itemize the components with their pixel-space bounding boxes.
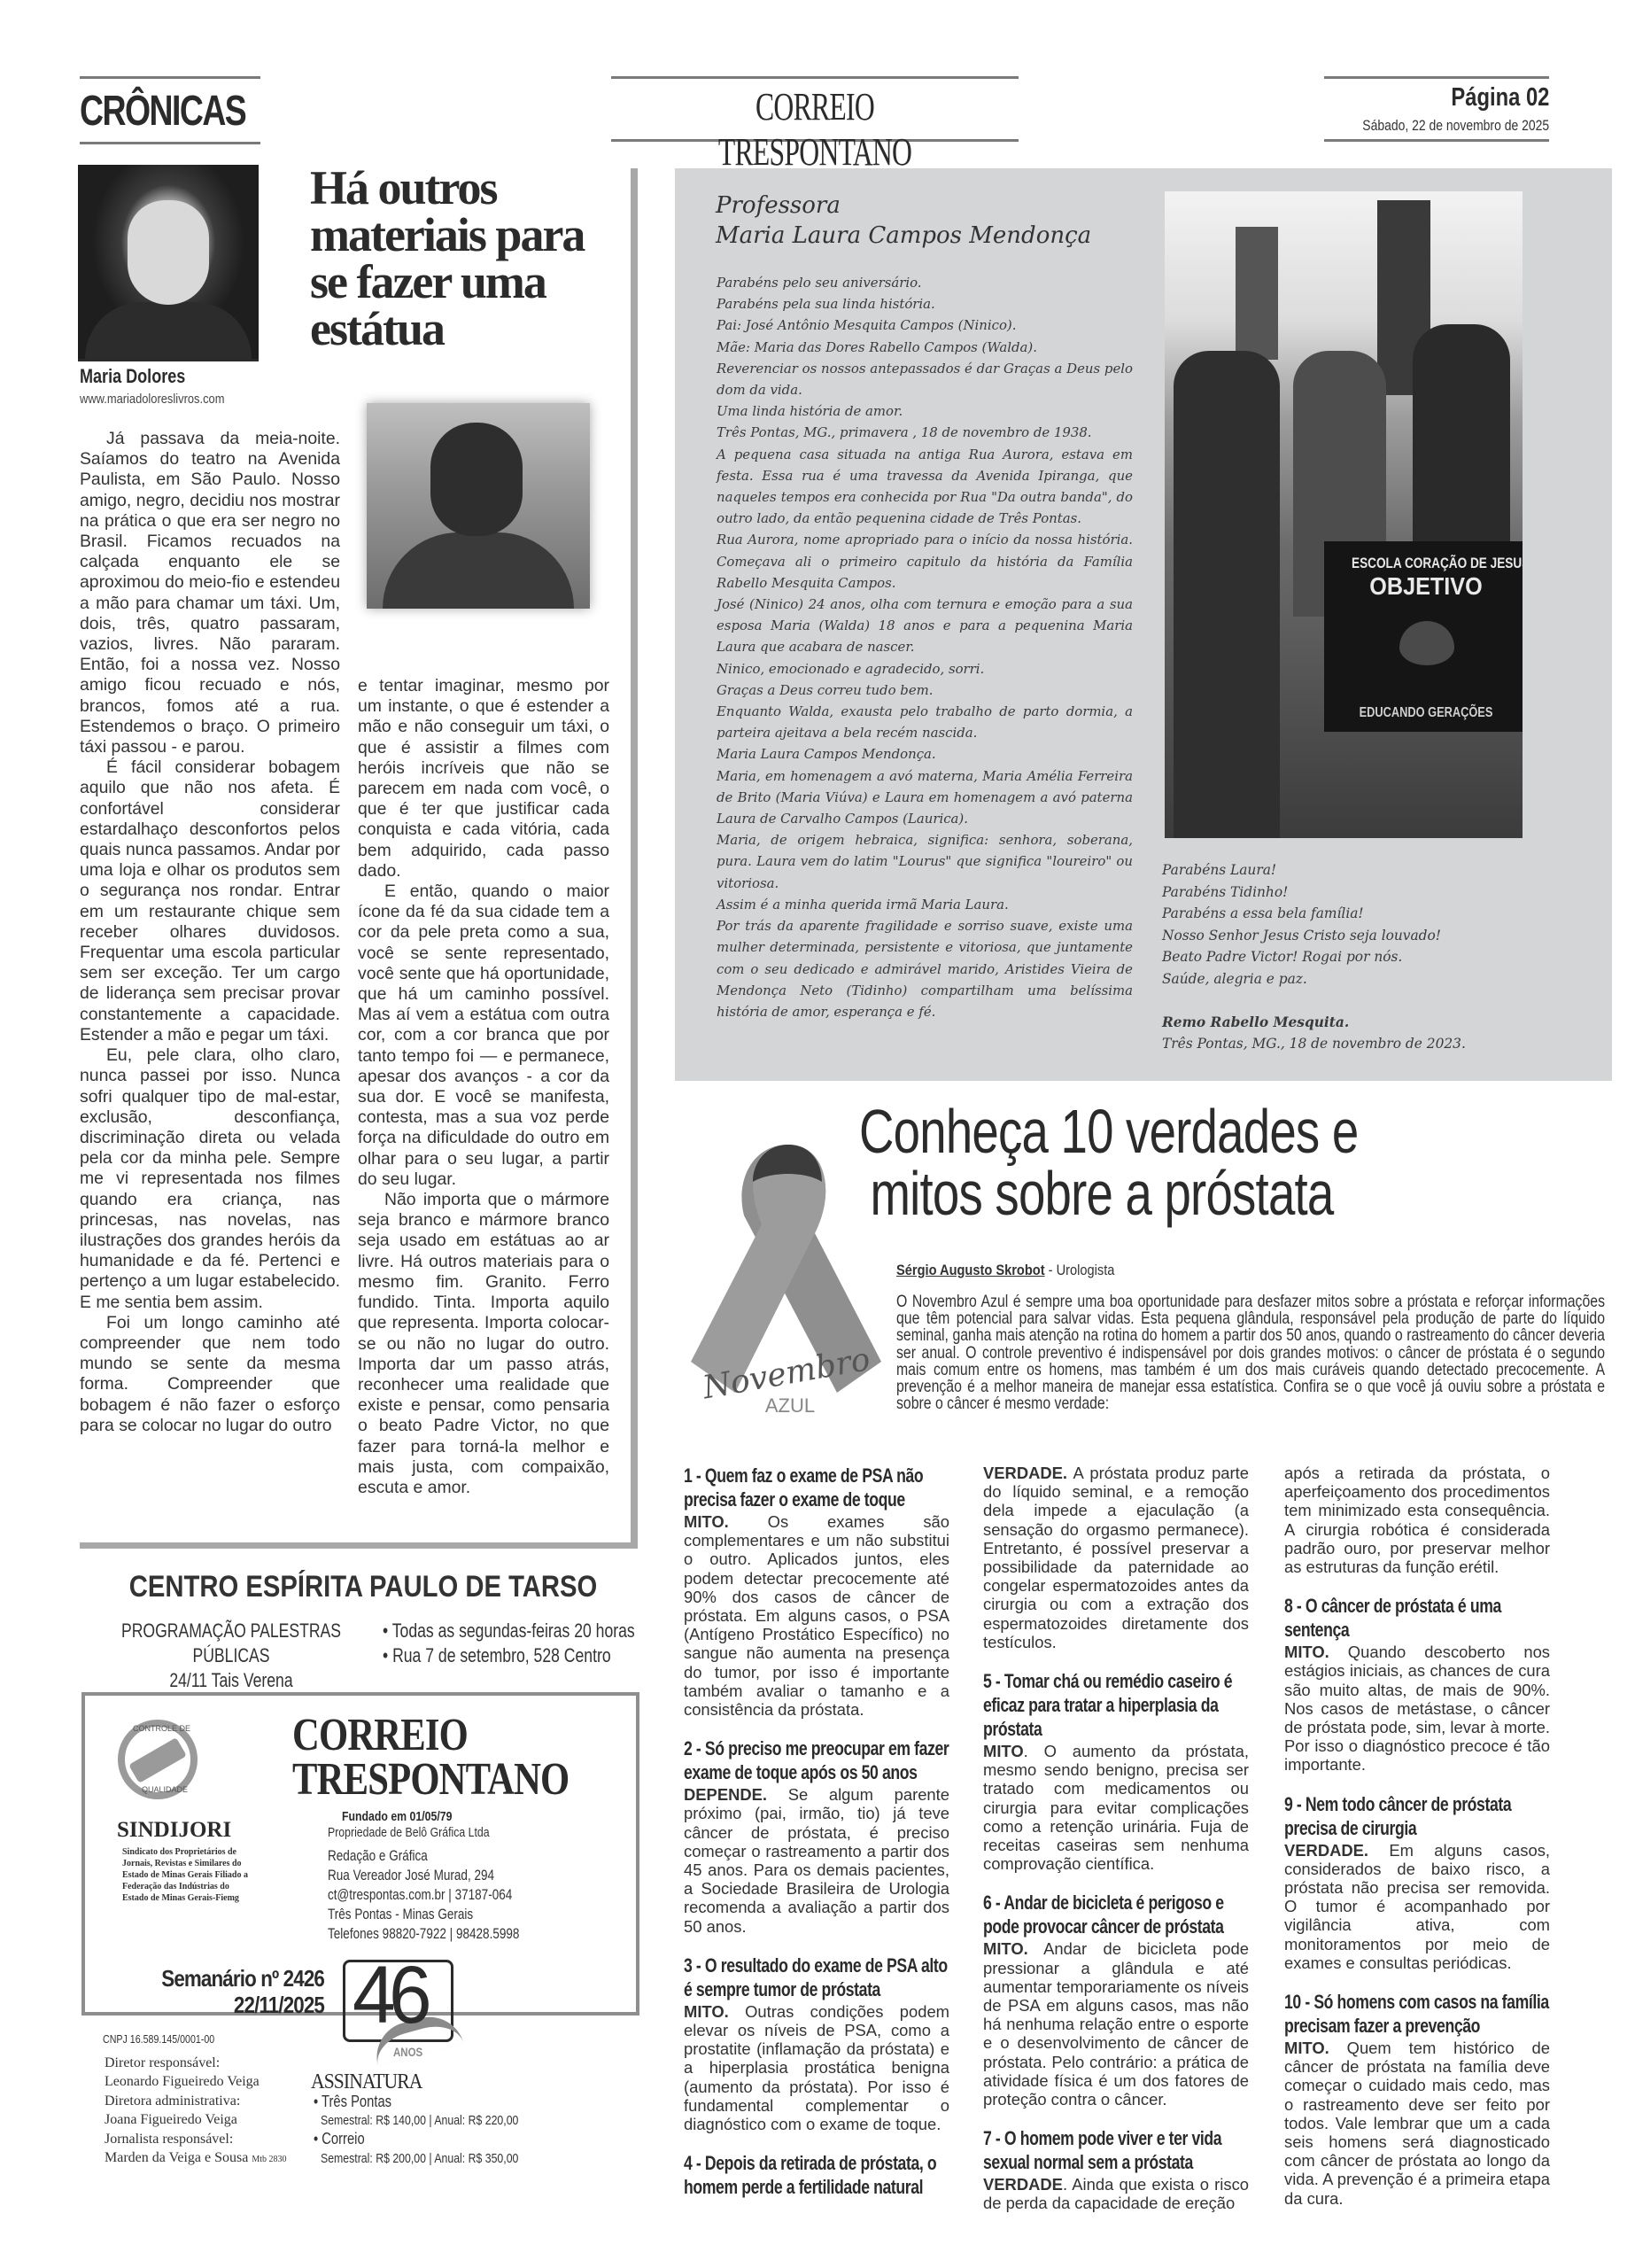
- ad-program: PROGRAMAÇÃO PALESTRAS PÚBLICAS 24/11 Tai…: [114, 1619, 348, 1693]
- author-website[interactable]: www.mariadoloreslivros.com: [80, 392, 224, 407]
- author-name: Sérgio Augusto Skrobot: [896, 1262, 1045, 1278]
- newspaper-logo: CORREIO TRESPONTANO: [292, 1713, 569, 1802]
- prostate-intro: O Novembro Azul é sempre uma boa oportun…: [896, 1293, 1605, 1412]
- contact-info: Redação e Gráfica Rua Vereador José Mura…: [328, 1846, 519, 1944]
- subscription-title: ASSINATURA: [311, 2070, 422, 2094]
- tribute-signature: Remo Rabello Mesquita.: [1162, 1014, 1349, 1030]
- paragraph: Foi um longo caminho até compreender que…: [80, 1313, 340, 1436]
- paragraph: É fácil considerar bobagem aquilo que nã…: [80, 757, 340, 1045]
- subscription-price: Semestral: R$ 200,00 | Anual: R$ 350,00: [321, 2151, 518, 2166]
- header-rule: [80, 142, 260, 144]
- myth-item-continued: VERDADE. A próstata produz parte do líqu…: [983, 1464, 1249, 1651]
- tribute-closing: Parabéns Laura! Parabéns Tidinho! Parabé…: [1162, 859, 1587, 1055]
- myth-item: 8 - O câncer de próstata é uma sentença …: [1284, 1594, 1550, 1774]
- myth-item: 5 - Tomar chá ou remédio caseiro é efica…: [983, 1669, 1249, 1873]
- email-link[interactable]: ct@trespontas.com.br | 37187-064: [328, 1885, 519, 1905]
- article-column-1: Já passava da meia-noite. Saíamos do tea…: [80, 429, 340, 1436]
- tribute-text: Parabéns pelo seu aniversário. Parabéns …: [717, 272, 1133, 1022]
- prostate-column-3: após a retirada da próstata, o aperfeiço…: [1284, 1464, 1550, 2225]
- myth-item: 10 - Só homens com casos na família prec…: [1284, 1990, 1550, 2208]
- ad-details: • Todas as segundas-feiras 20 horas • Ru…: [383, 1619, 595, 1668]
- ad-bullet: • Rua 7 de setembro, 528 Centro: [383, 1643, 595, 1668]
- header-rule: [611, 76, 1019, 79]
- myth-item: 1 - Quem faz o exame de PSA não precisa …: [684, 1464, 949, 1719]
- myth-item: 3 - O resultado do exame de PSA alto é s…: [684, 1953, 949, 2133]
- author-role: Urologista: [1057, 1262, 1115, 1278]
- header-rule: [1324, 76, 1549, 79]
- author-name: Maria Dolores: [80, 365, 185, 388]
- article-column-2: e tentar imaginar, mesmo por um instante…: [358, 676, 609, 1498]
- svg-text:AZUL: AZUL: [765, 1394, 815, 1417]
- staff-list: Diretor responsável: Leonardo Figueiredo…: [105, 2054, 287, 2169]
- section-title: CRÔNICAS: [80, 87, 245, 136]
- subscription-price: Semestral: R$ 140,00 | Anual: R$ 220,00: [321, 2113, 518, 2128]
- page-number: Página 02: [1451, 83, 1549, 113]
- prostate-byline: Sérgio Augusto Skrobot - Urologista: [896, 1262, 1114, 1279]
- prostate-column-2: VERDADE. A próstata produz parte do líqu…: [983, 1464, 1249, 2231]
- anniversary-label: ANOS: [393, 2045, 422, 2059]
- program-date: 24/11 Tais Verena: [114, 1668, 348, 1693]
- paragraph: Eu, pele clara, olho claro, nunca passei…: [80, 1045, 340, 1313]
- author-photo: [78, 165, 259, 361]
- myth-item-continued: após a retirada da próstata, o aperfeiço…: [1284, 1464, 1550, 1576]
- cnpj: CNPJ 16.589.145/0001-00: [103, 2032, 214, 2046]
- paragraph: Não importa que o mármore seja branco e …: [358, 1190, 609, 1498]
- paragraph: E então, quando o maior ícone da fé da s…: [358, 882, 609, 1190]
- paragraph: e tentar imaginar, mesmo por um instante…: [358, 676, 609, 882]
- ad-title: CENTRO ESPÍRITA PAULO DE TARSO: [120, 1570, 607, 1604]
- column-divider: [631, 168, 638, 1549]
- tribute-sign-date: Três Pontas, MG., 18 de novembro de 2023…: [1162, 1033, 1587, 1055]
- anniversary-number: 46: [353, 1953, 425, 2038]
- prostate-column-1: 1 - Quem faz o exame de PSA não precisa …: [684, 1464, 949, 2217]
- myth-item: 4 - Depois da retirada de próstata, o ho…: [684, 2151, 949, 2199]
- ad-bullet: • Todas as segundas-feiras 20 horas: [383, 1619, 595, 1643]
- myth-item: 6 - Andar de bicicleta é perigoso e pode…: [983, 1891, 1249, 2109]
- seal-text: QUALIDADE: [142, 1785, 188, 1794]
- padre-victor-photo: [367, 403, 590, 609]
- myth-item: 2 - Só preciso me preocupar em fazer exa…: [684, 1736, 949, 1936]
- header-rule: [80, 76, 260, 79]
- article-headline: Há outros materiais para se fazer uma es…: [310, 165, 602, 353]
- paragraph: Já passava da meia-noite. Saíamos do tea…: [80, 429, 340, 757]
- newspaper-title: CORREIO TRESPONTANO: [668, 84, 961, 175]
- subscription-option: • Correio: [314, 2130, 365, 2148]
- prostate-headline: Conheça 10 verdades e mitos sobre a prós…: [859, 1100, 1343, 1224]
- owner: Propriedade de Belô Gráfica Ltda: [328, 1825, 490, 1840]
- sindijori-logo: SINDIJORI: [117, 1818, 231, 1843]
- founded-date: Fundado em 01/05/79: [342, 1809, 452, 1824]
- seal-text: CONTROLE DE: [133, 1724, 190, 1733]
- myth-item: 9 - Nem todo câncer de próstata precisa …: [1284, 1792, 1550, 1972]
- tribute-heading: Professora Maria Laura Campos Mendonça: [716, 190, 1091, 251]
- parade-photo: ESCOLA CORAÇÃO DE JESUS OBJETIVO EDUCAND…: [1165, 191, 1523, 838]
- sindijori-description: Sindicato dos Proprietários de Jornais, …: [122, 1846, 255, 1904]
- subscription-option: • Três Pontas: [314, 2093, 391, 2111]
- issue-date: Sábado, 22 de novembro de 2025: [1362, 117, 1549, 135]
- article-bottom-rule: [80, 1542, 638, 1549]
- program-label: PROGRAMAÇÃO PALESTRAS PÚBLICAS: [114, 1619, 348, 1668]
- header-rule: [1324, 139, 1549, 142]
- myth-item: 7 - O homem pode viver e ter vida sexual…: [983, 2126, 1249, 2212]
- issue-number: Semanário nº 2426 22/11/2025: [132, 1965, 324, 2018]
